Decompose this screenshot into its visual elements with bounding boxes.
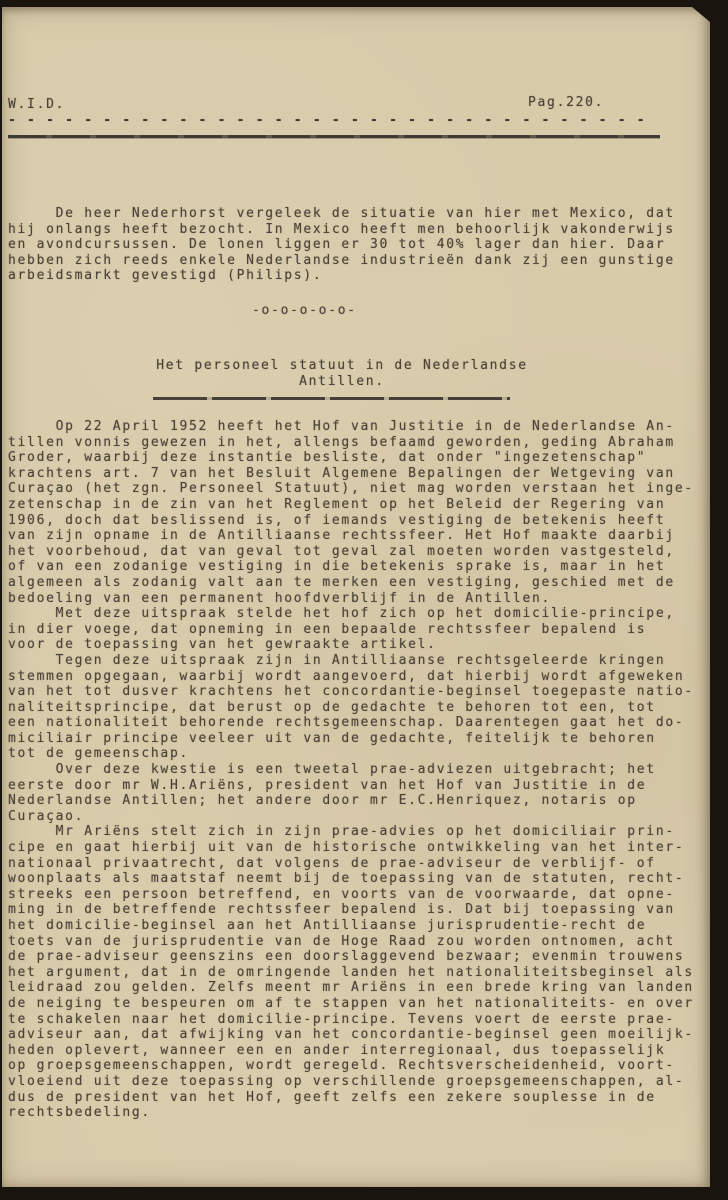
doc-code: W.I.D. <box>8 97 65 113</box>
intro-paragraph: De heer Nederhorst vergeleek de situatie… <box>8 206 675 284</box>
dashed-rule: - - - - - - - - - - - - - - - - - - - - … <box>8 113 646 129</box>
page-number: Pag.220. <box>528 95 604 111</box>
section-title: Het personeel statuut in de Nederlandse … <box>153 358 531 389</box>
page-frame: W.I.D. Pag.220. - - - - - - - - - - - - … <box>0 0 728 1200</box>
article-body: Op 22 April 1952 heeft het Hof van Justi… <box>8 419 694 1121</box>
title-underline <box>153 397 510 400</box>
section-separator: -o-o-o-o-o- <box>252 303 357 319</box>
document-page: W.I.D. Pag.220. - - - - - - - - - - - - … <box>2 7 710 1187</box>
header-divider-rule <box>8 135 660 138</box>
